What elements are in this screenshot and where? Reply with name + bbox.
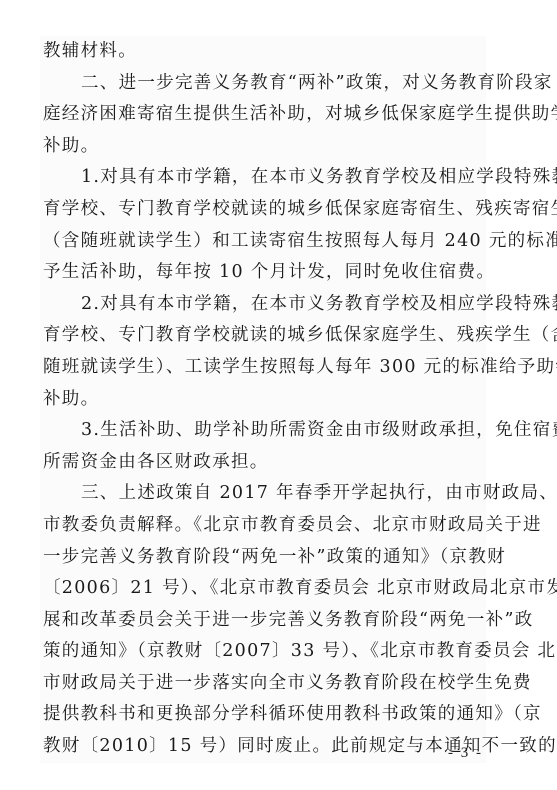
text-line: 1.对具有本市学籍，在本市义务教育学校及相应学段特殊教 [43,162,485,194]
text-line: 策的通知》（京教财〔2007〕33 号）、《北京市教育委员会 北京 [43,636,485,668]
page-number: - 3 - [448,745,483,762]
text-line: 教辅材料。 [43,36,485,68]
text-line: 二、进一步完善义务教育“两补”政策，对义务教育阶段家 [43,68,485,100]
text-line: 提供教科书和更换部分学科循环使用教科书政策的通知》（京 [43,699,485,731]
text-line: 〔2006〕21 号）、《北京市教育委员会 北京市财政局北京市发 [43,573,485,605]
text-line: 育学校、专门教育学校就读的城乡低保家庭寄宿生、残疾寄宿生 [43,194,485,226]
text-line: 予生活补助，每年按 10 个月计发，同时免收住宿费。 [43,257,485,289]
text-line: 补助。 [43,131,485,163]
text-line: 2.对具有本市学籍，在本市义务教育学校及相应学段特殊教 [43,289,485,321]
text-line: 所需资金由各区财政承担。 [43,447,485,479]
text-line: （含随班就读学生）和工读寄宿生按照每人每月 240 元的标准给 [43,226,485,258]
text-line: 一步完善义务教育阶段“两免一补”政策的通知》（京教财 [43,542,485,574]
text-line: 庭经济困难寄宿生提供生活补助，对城乡低保家庭学生提供助学 [43,99,485,131]
text-line: 三、上述政策自 2017 年春季开学起执行，由市财政局、 [43,478,485,510]
text-line: 3.生活补助、助学补助所需资金由市级财政承担，免住宿费 [43,415,485,447]
text-line: 市教委负责解释。《北京市教育委员会、北京市财政局关于进 [43,510,485,542]
text-line: 教财〔2010〕15 号）同时废止。此前规定与本通知不一致的， [43,731,485,763]
text-line: 补助。 [43,384,485,416]
text-line: 展和改革委员会关于进一步完善义务教育阶段“两免一补”政 [43,605,485,637]
text-line: 育学校、专门教育学校就读的城乡低保家庭学生、残疾学生（含 [43,320,485,352]
text-line: 市财政局关于进一步落实向全市义务教育阶段在校学生免费 [43,668,485,700]
text-line: 随班就读学生）、工读学生按照每人每年 300 元的标准给予助学 [43,352,485,384]
document-body: 教辅材料。 二、进一步完善义务教育“两补”政策，对义务教育阶段家 庭经济困难寄宿… [43,36,485,763]
